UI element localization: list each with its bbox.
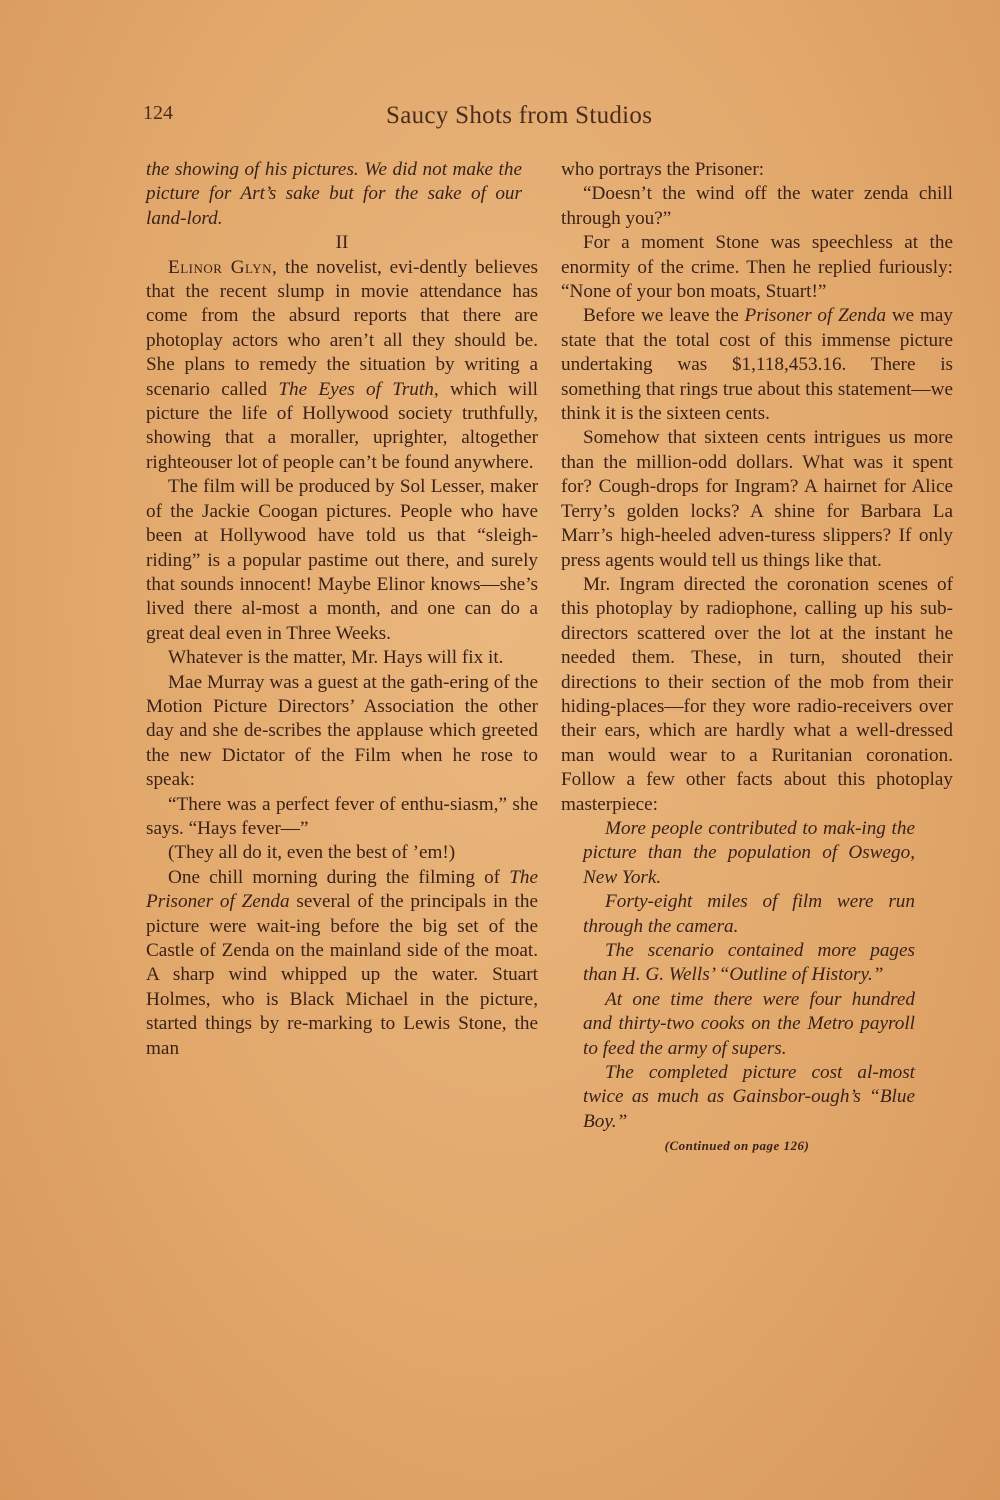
lead-italic-paragraph: the showing of his pictures. We did not … bbox=[146, 158, 538, 231]
running-title: Saucy Shots from Studios bbox=[386, 102, 652, 130]
paragraph-radiophone: Mr. Ingram directed the coronation scene… bbox=[561, 573, 953, 817]
paragraph-quote-fever: “There was a perfect fever of enthu-sias… bbox=[146, 793, 538, 842]
paragraph-total-cost: Before we leave the Prisoner of Zenda we… bbox=[561, 304, 953, 426]
fact-item: The scenario contained more pages than H… bbox=[561, 939, 953, 988]
paragraph-aside: (They all do it, even the best of ’em!) bbox=[146, 841, 538, 865]
paragraph-sol-lesser: The film will be produced by Sol Lesser,… bbox=[146, 475, 538, 646]
paragraph-hays: Whatever is the matter, Mr. Hays will fi… bbox=[146, 646, 538, 670]
paragraph-mae-murray: Mae Murray was a guest at the gath-ering… bbox=[146, 671, 538, 793]
author-name: Elinor Glyn, bbox=[168, 257, 277, 278]
text-span: Before we leave the bbox=[583, 305, 745, 326]
paragraph-quote-wind: “Doesn’t the wind off the water zenda ch… bbox=[561, 182, 953, 231]
film-title: The Eyes of Truth, bbox=[278, 379, 438, 400]
paragraph-zenda: One chill morning during the filming of … bbox=[146, 866, 538, 1061]
left-column: the showing of his pictures. We did not … bbox=[146, 158, 538, 1061]
fact-item: At one time there were four hundred and … bbox=[561, 988, 953, 1061]
section-number: II bbox=[146, 231, 538, 255]
paragraph-stone-reply: For a moment Stone was speechless at the… bbox=[561, 231, 953, 304]
fact-item: The completed picture cost al-most twice… bbox=[561, 1061, 953, 1134]
fact-item: More people contributed to mak-ing the p… bbox=[561, 817, 953, 890]
text-span: One chill morning during the filming of bbox=[168, 867, 509, 888]
paragraph-elinor-glyn: Elinor Glyn, the novelist, evi-dently be… bbox=[146, 256, 538, 476]
fact-item: Forty-eight miles of film were run throu… bbox=[561, 890, 953, 939]
text-span: several of the principals in the picture… bbox=[146, 891, 538, 1058]
paragraph-sixteen-cents: Somehow that sixteen cents intrigues us … bbox=[561, 426, 953, 572]
right-column: who portrays the Prisoner: “Doesn’t the … bbox=[561, 158, 953, 1159]
paragraph-continuation: who portrays the Prisoner: bbox=[561, 158, 953, 182]
film-title: Prisoner of Zenda bbox=[745, 305, 887, 326]
continued-notice: (Continued on page 126) bbox=[561, 1134, 953, 1158]
page-header: 124 Saucy Shots from Studios bbox=[143, 102, 903, 136]
page-number: 124 bbox=[143, 102, 173, 125]
